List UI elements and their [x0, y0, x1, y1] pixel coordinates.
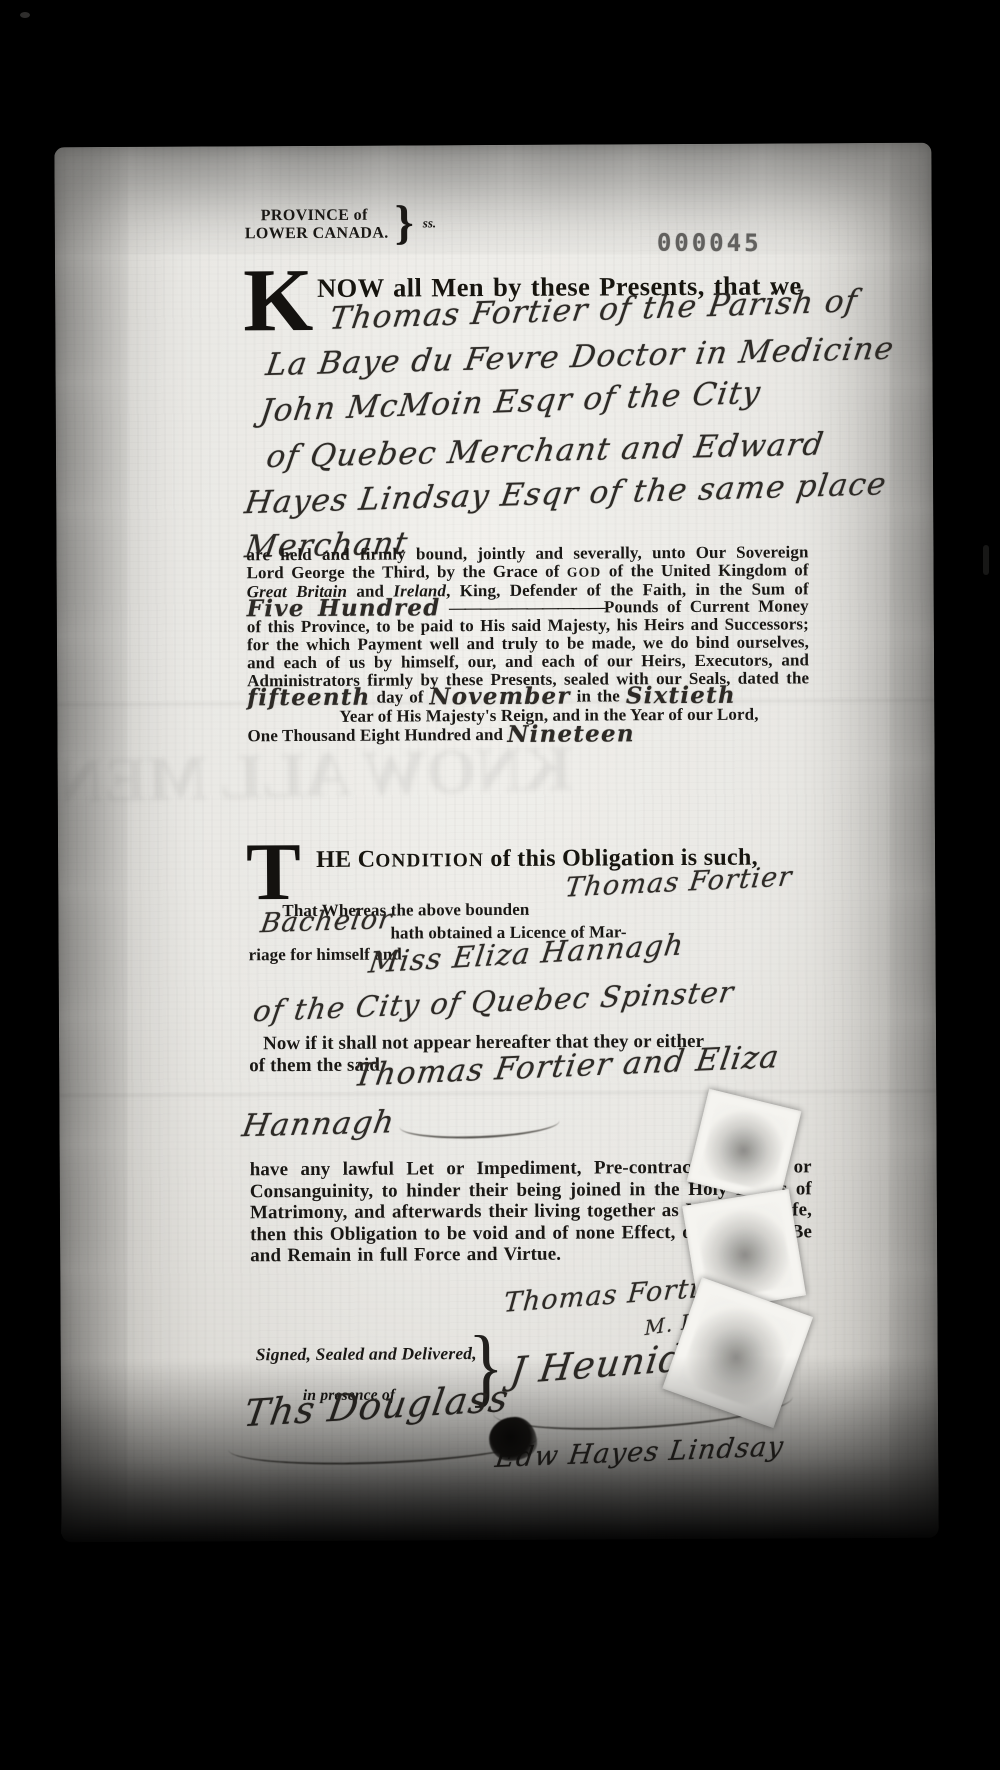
scanned-marriage-bond-page: { "colors": { "background": "#000000", "… — [0, 0, 1000, 1770]
hw-year: Nineteen — [507, 720, 634, 748]
hw-signature-witness: Ths Douglass — [241, 1377, 512, 1436]
scan-speck — [983, 545, 989, 575]
bond-seg2: of the United Kingdom of — [601, 560, 808, 580]
serial-number-stamp: 000045 — [657, 229, 762, 258]
seal-smudge — [698, 1100, 790, 1192]
ink-blot — [489, 1417, 537, 1461]
ss-mark: ss. — [423, 215, 436, 231]
word-god: God — [567, 564, 602, 579]
condition-heading-he: HE C — [316, 847, 375, 873]
hw-groom-status: Bachelor — [259, 904, 395, 939]
seal-smudge — [677, 1292, 798, 1413]
bond-text: are held and firmly bound, jointly and s… — [246, 543, 809, 707]
hw-bride-residence: of the City of Quebec Spinster — [251, 975, 737, 1029]
province-header: PROVINCE of LOWER CANADA. — [245, 207, 389, 244]
hw-party-line-3: John McMoin Esqr of the City — [258, 375, 764, 430]
witness-flourish — [227, 1417, 538, 1469]
bond-paragraph: are held and firmly bound, jointly and s… — [246, 543, 809, 745]
hw-signature-surety-2: Edw Hayes Lindsay — [493, 1431, 786, 1474]
hw-party-line-4: of Quebec Merchant and Edward — [264, 426, 827, 475]
attestation-line-2: in presence of — [303, 1387, 395, 1405]
year-line-text: One Thousand Eight Hundred and — [247, 725, 507, 745]
bond-seg5: day of — [370, 688, 429, 707]
hw-said-parties-2: Hannagh — [240, 1104, 398, 1144]
year-line: One Thousand Eight Hundred and Nineteen — [247, 724, 809, 746]
bond-seg6: in the — [571, 687, 626, 706]
attestation-line-1: Signed, Sealed and Delivered, — [256, 1343, 477, 1365]
surety-1-flourish — [492, 1374, 794, 1437]
dropcap-t: T — [246, 841, 301, 904]
dropcap-k: K — [243, 267, 313, 336]
header-brace: } — [395, 195, 414, 250]
document-paper-sheet: KNOW ALL MEN PROVINCE of LOWER CANADA. }… — [54, 143, 938, 1543]
scan-speck — [20, 12, 30, 18]
province-line1: PROVINCE of — [245, 207, 389, 226]
hw-party-line-2: La Baye du Fevre Doctor in Medicine — [264, 331, 897, 384]
blank-rule: —————————— — [449, 598, 604, 618]
pen-flourish — [399, 1107, 560, 1141]
province-line2: LOWER CANADA. — [245, 225, 389, 243]
hw-party-line-5: Hayes Lindsay Esqr of the same place — [242, 466, 889, 521]
attestation-brace: } — [468, 1317, 504, 1418]
paper-crease — [59, 1090, 936, 1098]
condition-heading-smallcaps: ondition — [375, 850, 484, 872]
